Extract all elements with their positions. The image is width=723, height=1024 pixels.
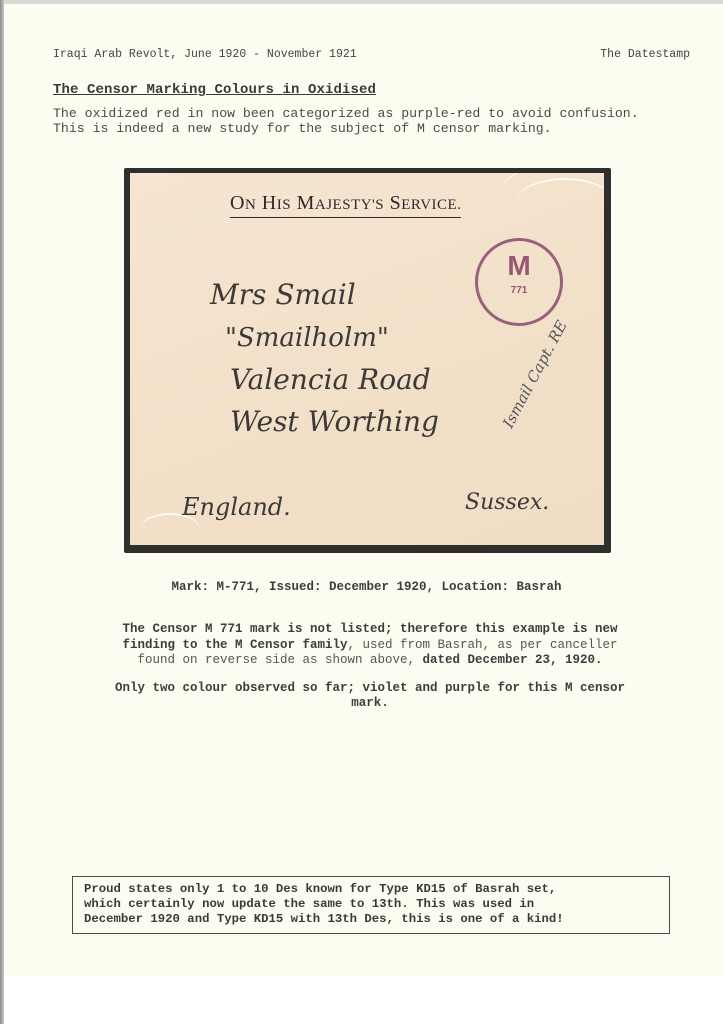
ohms-word-majestys-rest: AJESTY'S bbox=[315, 197, 384, 213]
note-line-3: December 1920 and Type KD15 with 13th De… bbox=[84, 912, 669, 927]
printed-heading-ohms: ON HIS MAJESTY'S SERVICE. bbox=[230, 191, 461, 218]
description-paragraph-1: The Censor M 771 mark is not listed; the… bbox=[110, 622, 630, 669]
address-country: England. bbox=[182, 493, 291, 521]
ohms-word-service-initial: S bbox=[390, 192, 402, 214]
mount-glare bbox=[515, 178, 604, 230]
mark-caption: Mark: M-771, Issued: December 1920, Loca… bbox=[0, 580, 723, 594]
ohms-word-on-rest: N bbox=[245, 197, 256, 213]
note-line-1: Proud states only 1 to 10 Des known for … bbox=[84, 882, 669, 897]
censor-stamp-number: 771 bbox=[478, 285, 560, 296]
description-p2-text: Only two colour observed so far; violet … bbox=[115, 681, 625, 711]
ohms-word-his-initial: H bbox=[262, 192, 277, 214]
description-p1-date: dated December 23, 1920. bbox=[423, 653, 603, 667]
note-box: Proud states only 1 to 10 Des known for … bbox=[72, 876, 670, 934]
ohms-word-on-initial: O bbox=[230, 192, 245, 214]
intro-line-1: The oxidized red in now been categorized… bbox=[53, 106, 703, 121]
address-line-3: Valencia Road bbox=[230, 363, 431, 396]
ohms-word-his-rest: IS bbox=[277, 197, 291, 213]
officer-signature: Ismail Capt. RE bbox=[499, 317, 571, 431]
censor-stamp-letter: M bbox=[478, 251, 560, 281]
header-section-title: The Datestamp bbox=[600, 48, 690, 61]
intro-text: The oxidized red in now been categorized… bbox=[53, 106, 703, 136]
censor-stamp-m771: M 771 bbox=[475, 238, 563, 326]
ohms-word-majestys-initial: M bbox=[297, 192, 315, 214]
note-line-2: which certainly now update the same to 1… bbox=[84, 897, 669, 912]
page-title: The Censor Marking Colours in Oxidised bbox=[53, 82, 376, 98]
mount-glare bbox=[170, 173, 250, 179]
header-exhibit-title: Iraqi Arab Revolt, June 1920 - November … bbox=[53, 48, 357, 61]
description-paragraph-2: Only two colour observed so far; violet … bbox=[110, 681, 630, 712]
address-line-2: "Smailholm" bbox=[225, 323, 389, 353]
intro-line-2: This is indeed a new study for the subje… bbox=[53, 121, 703, 136]
envelope-cover-image: ON HIS MAJESTY'S SERVICE. M 771 Mrs Smai… bbox=[130, 173, 604, 545]
ohms-word-service-rest: ERVICE. bbox=[401, 197, 461, 213]
address-line-1: Mrs Smail bbox=[210, 278, 356, 311]
address-line-4: West Worthing bbox=[230, 405, 439, 438]
description: The Censor M 771 mark is not listed; the… bbox=[110, 622, 630, 724]
address-county: Sussex. bbox=[465, 490, 549, 515]
